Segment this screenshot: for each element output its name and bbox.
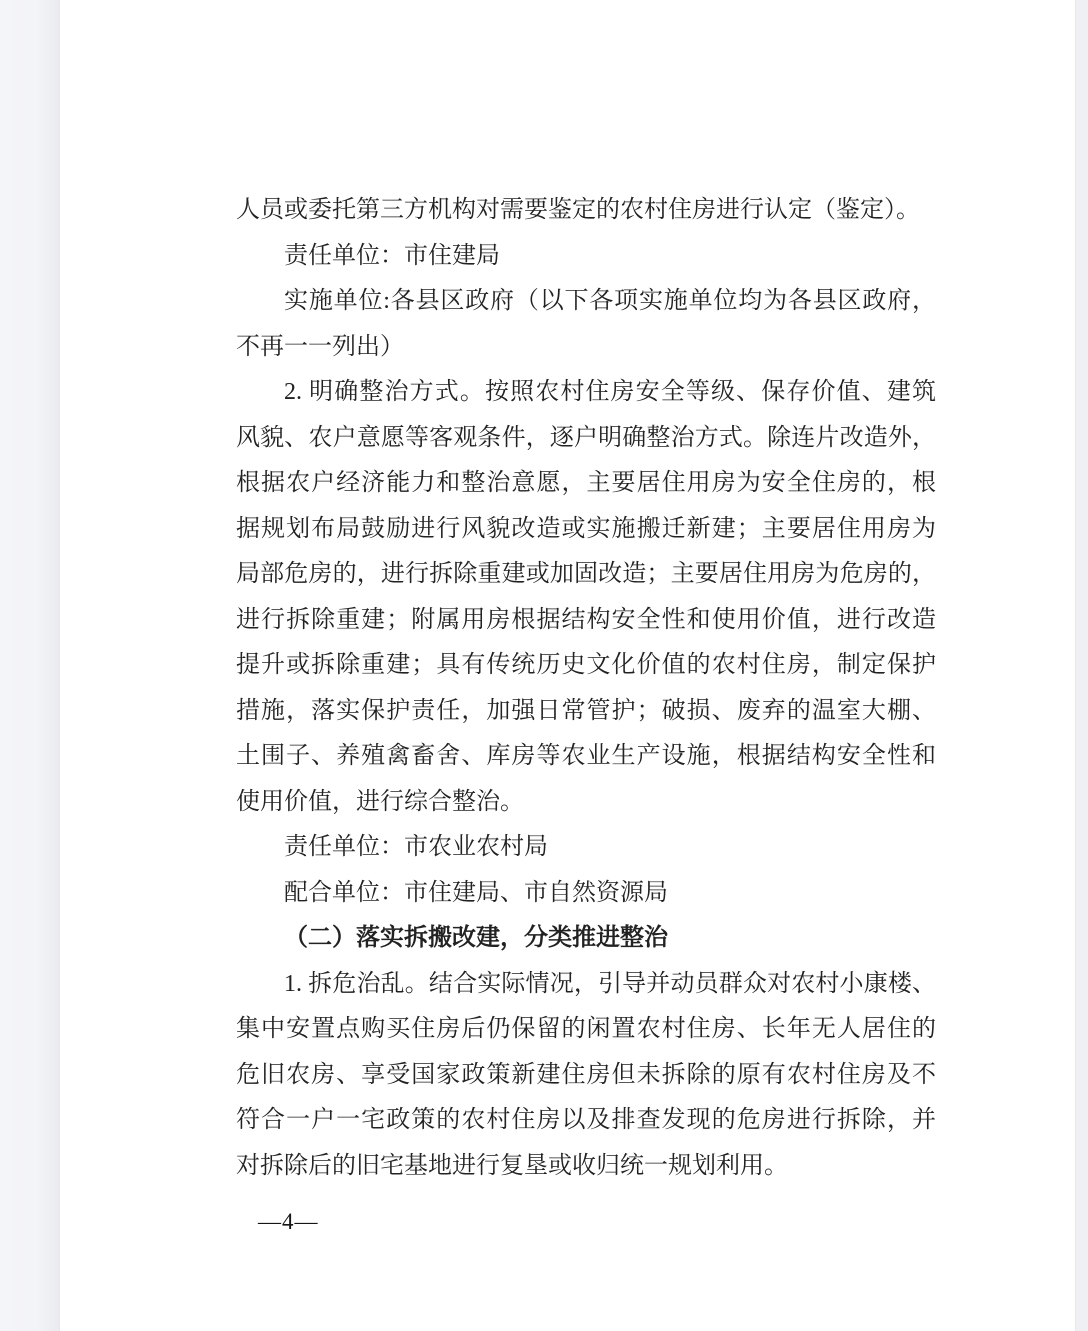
- text-line-item-2: 2. 明确整治方式。按照农村住房安全等级、保存价值、建筑: [236, 370, 936, 416]
- text-line: 危旧农房、享受国家政策新建住房但未拆除的原有农村住房及不: [236, 1053, 936, 1099]
- right-gutter: [1075, 0, 1088, 1331]
- text-line: 土围子、养殖禽畜舍、库房等农业生产设施，根据结构安全性和: [236, 734, 936, 780]
- text-line: 对拆除后的旧宅基地进行复垦或收归统一规划利用。: [236, 1144, 936, 1190]
- text-line-cooperating-unit: 配合单位：市住建局、市自然资源局: [236, 871, 936, 917]
- text-line: 据规划布局鼓励进行风貌改造或实施搬迁新建；主要居住用房为: [236, 507, 936, 553]
- text-line-item-1: 1. 拆危治乱。结合实际情况，引导并动员群众对农村小康楼、: [236, 962, 936, 1008]
- document-page: 人员或委托第三方机构对需要鉴定的农村住房进行认定（鉴定）。 责任单位：市住建局 …: [60, 0, 1076, 1331]
- text-line: 集中安置点购买住房后仍保留的闲置农村住房、长年无人居住的: [236, 1007, 936, 1053]
- left-gutter: [0, 0, 60, 1331]
- text-line: 进行拆除重建；附属用房根据结构安全性和使用价值，进行改造: [236, 598, 936, 644]
- document-body: 人员或委托第三方机构对需要鉴定的农村住房进行认定（鉴定）。 责任单位：市住建局 …: [236, 188, 936, 1189]
- text-line-responsible-unit: 责任单位：市住建局: [236, 234, 936, 280]
- text-line: 提升或拆除重建；具有传统历史文化价值的农村住房，制定保护: [236, 643, 936, 689]
- text-line: 人员或委托第三方机构对需要鉴定的农村住房进行认定（鉴定）。: [236, 188, 936, 234]
- text-line: 根据农户经济能力和整治意愿，主要居住用房为安全住房的，根: [236, 461, 936, 507]
- text-line: 使用价值，进行综合整治。: [236, 780, 936, 826]
- text-line: 风貌、农户意愿等客观条件，逐户明确整治方式。除连片改造外，: [236, 416, 936, 462]
- section-heading: （二）落实拆搬改建，分类推进整治: [236, 916, 936, 962]
- text-line: 不再一一列出）: [236, 325, 936, 371]
- page-number: —4—: [258, 1209, 319, 1235]
- text-line-responsible-unit: 责任单位：市农业农村局: [236, 825, 936, 871]
- document-viewer: 人员或委托第三方机构对需要鉴定的农村住房进行认定（鉴定）。 责任单位：市住建局 …: [0, 0, 1088, 1331]
- text-line: 措施，落实保护责任，加强日常管护；破损、废弃的温室大棚、: [236, 689, 936, 735]
- text-line-implementing-unit: 实施单位:各县区政府（以下各项实施单位均为各县区政府，: [236, 279, 936, 325]
- text-line: 局部危房的，进行拆除重建或加固改造；主要居住用房为危房的，: [236, 552, 936, 598]
- text-line: 符合一户一宅政策的农村住房以及排查发现的危房进行拆除，并: [236, 1098, 936, 1144]
